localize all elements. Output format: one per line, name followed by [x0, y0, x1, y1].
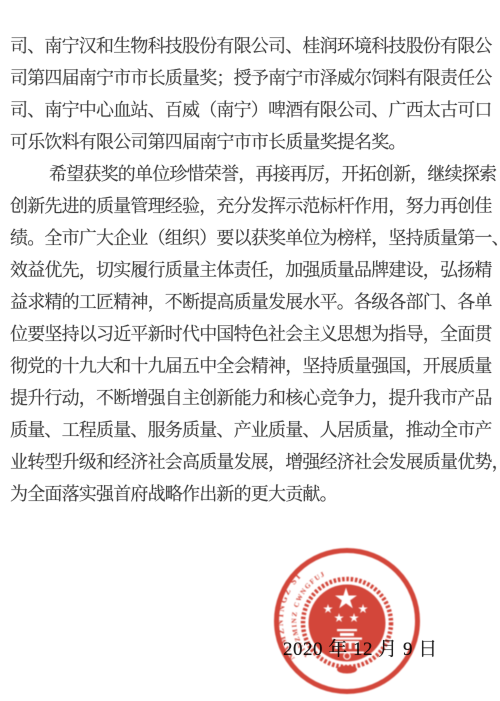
body-text-line: 业转型升级和经济社会高质量发展，增强经济社会发展质量优势， [10, 446, 498, 478]
body-text-line: 创新先进的质量管理经验，充分发挥示范标杆作用，努力再创佳 [10, 190, 498, 222]
national-emblem-icon [303, 579, 391, 674]
body-text-line: 位要坚持以习近平新时代中国特色社会主义思想为指导，全面贯 [10, 318, 498, 350]
body-text-line: 质量、工程质量、服务质量、产业质量、人居质量，推动全市产 [10, 414, 498, 446]
body-text-line: 提升行动，不断增强自主创新能力和核心竞争力，提升我市产品 [10, 382, 498, 414]
official-seal-stamp: 南宁市人民政府 NAMZNINGZ SI YINZMINZ CWNGFUJ [271, 545, 423, 697]
body-text-line: 彻党的十九大和十九届五中全会精神，坚持质量强国，开展质量 [10, 350, 498, 382]
body-text-line: 司、南宁中心血站、百威（南宁）啤酒有限公司、广西太古可口 [10, 94, 498, 126]
seal-text-zhuang-outer: NAMZNINGZ SI [275, 570, 304, 663]
body-text-line: 司第四届南宁市市长质量奖；授予南宁市泽威尔饲料有限责任公 [10, 62, 498, 94]
body-text-line: 可乐饮料有限公司第四届南宁市市长质量奖提名奖。 [10, 126, 498, 158]
document-page: 司、南宁汉和生物科技股份有限公司、桂润环境科技股份有限公 司第四届南宁市市长质量… [0, 0, 500, 701]
body-text-line: 希望获奖的单位珍惜荣誉，再接再厉，开拓创新，继续探索 [10, 158, 498, 190]
body-text-line: 绩。全市广大企业（组织）要以获奖单位为榜样，坚持质量第一、 [10, 222, 498, 254]
body-text-line: 司、南宁汉和生物科技股份有限公司、桂润环境科技股份有限公 [10, 30, 498, 62]
body-text-line: 益求精的工匠精神，不断提高质量发展水平。各级各部门、各单 [10, 286, 498, 318]
document-body: 司、南宁汉和生物科技股份有限公司、桂润环境科技股份有限公 司第四届南宁市市长质量… [10, 30, 498, 510]
body-text-line: 为全面落实强首府战略作出新的更大贡献。 [10, 478, 498, 510]
body-text-line: 效益优先，切实履行质量主体责任，加强质量品牌建设，弘扬精 [10, 254, 498, 286]
